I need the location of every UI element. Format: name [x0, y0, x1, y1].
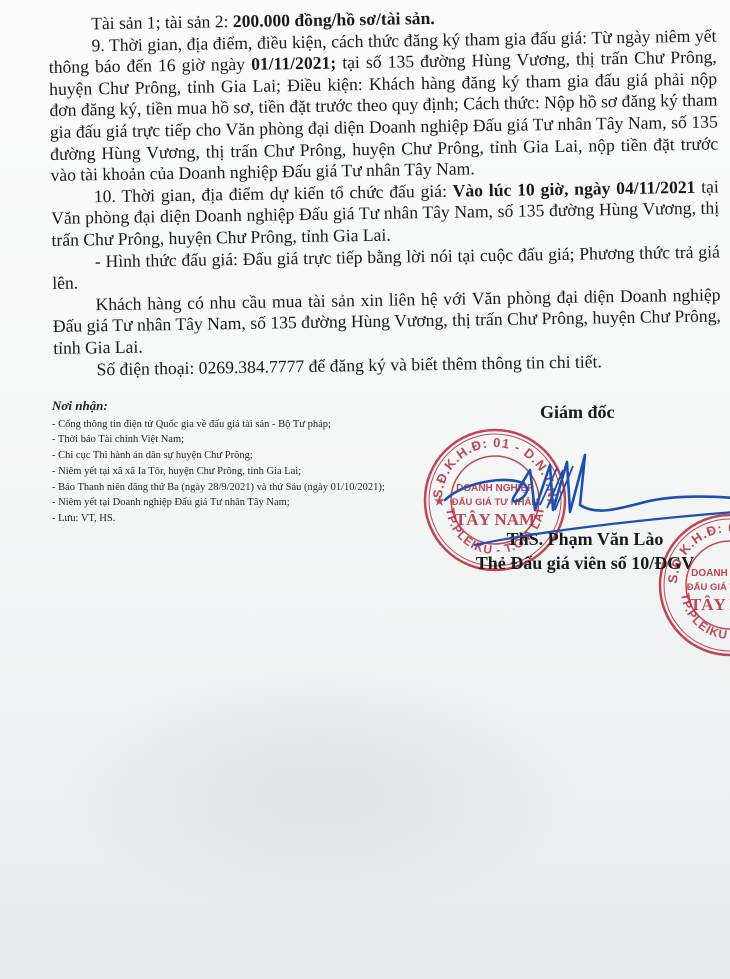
item-9: 9. Thời gian, địa điểm, điều kiện, cách …	[48, 25, 718, 187]
recipient-item: - Chi cục Thi hành án dân sự huyện Chư P…	[52, 448, 392, 464]
svg-text:ĐẤU GIÁ TƯ NHÂN: ĐẤU GIÁ TƯ NHÂN	[687, 581, 730, 593]
fee-amount: 200.000 đồng/hồ sơ/tài sản.	[233, 8, 435, 31]
paper-shadow	[60, 660, 580, 920]
document-body: Tài sản 1; tài sản 2: 200.000 đồng/hồ sơ…	[48, 4, 722, 382]
recipient-item: - Niêm yết tại Doanh nghiệp Đấu giá Tư n…	[52, 495, 392, 511]
recipient-item: - Báo Thanh niên đăng thứ Ba (ngày 28/9/…	[52, 480, 392, 496]
recipient-item: - Lưu: VT, HS.	[52, 511, 392, 527]
signer-card-number: Thẻ Đấu giá viên số 10/ĐGV	[440, 551, 730, 575]
recipient-item: - Cổng thông tin điện tử Quốc gia về đấu…	[52, 417, 392, 433]
item-10: 10. Thời gian, địa điểm dự kiến tổ chức …	[51, 176, 720, 251]
recipient-item: - Thời báo Tài chính Việt Nam;	[52, 432, 392, 448]
recipients-title: Nơi nhận:	[52, 398, 392, 414]
signature-icon	[435, 440, 730, 550]
svg-text:TÂY NAM: TÂY NAM	[690, 595, 730, 614]
fee-prefix: Tài sản 1; tài sản 2:	[91, 11, 233, 33]
recipients-block: Nơi nhận: - Cổng thông tin điện tử Quốc …	[52, 398, 392, 527]
signer-title: Giám đốc	[540, 402, 615, 423]
auction-datetime: Vào lúc 10 giờ, ngày 04/11/2021	[453, 177, 696, 201]
recipient-item: - Niêm yết tại xã xã Ia Tôr, huyện Chư P…	[52, 464, 392, 480]
registration-deadline: 01/11/2021;	[251, 53, 336, 74]
contact-paragraph: Khách hàng có nhu cầu mua tài sản xin li…	[52, 284, 721, 359]
recipients-list: - Cổng thông tin điện tử Quốc gia về đấu…	[52, 417, 392, 527]
